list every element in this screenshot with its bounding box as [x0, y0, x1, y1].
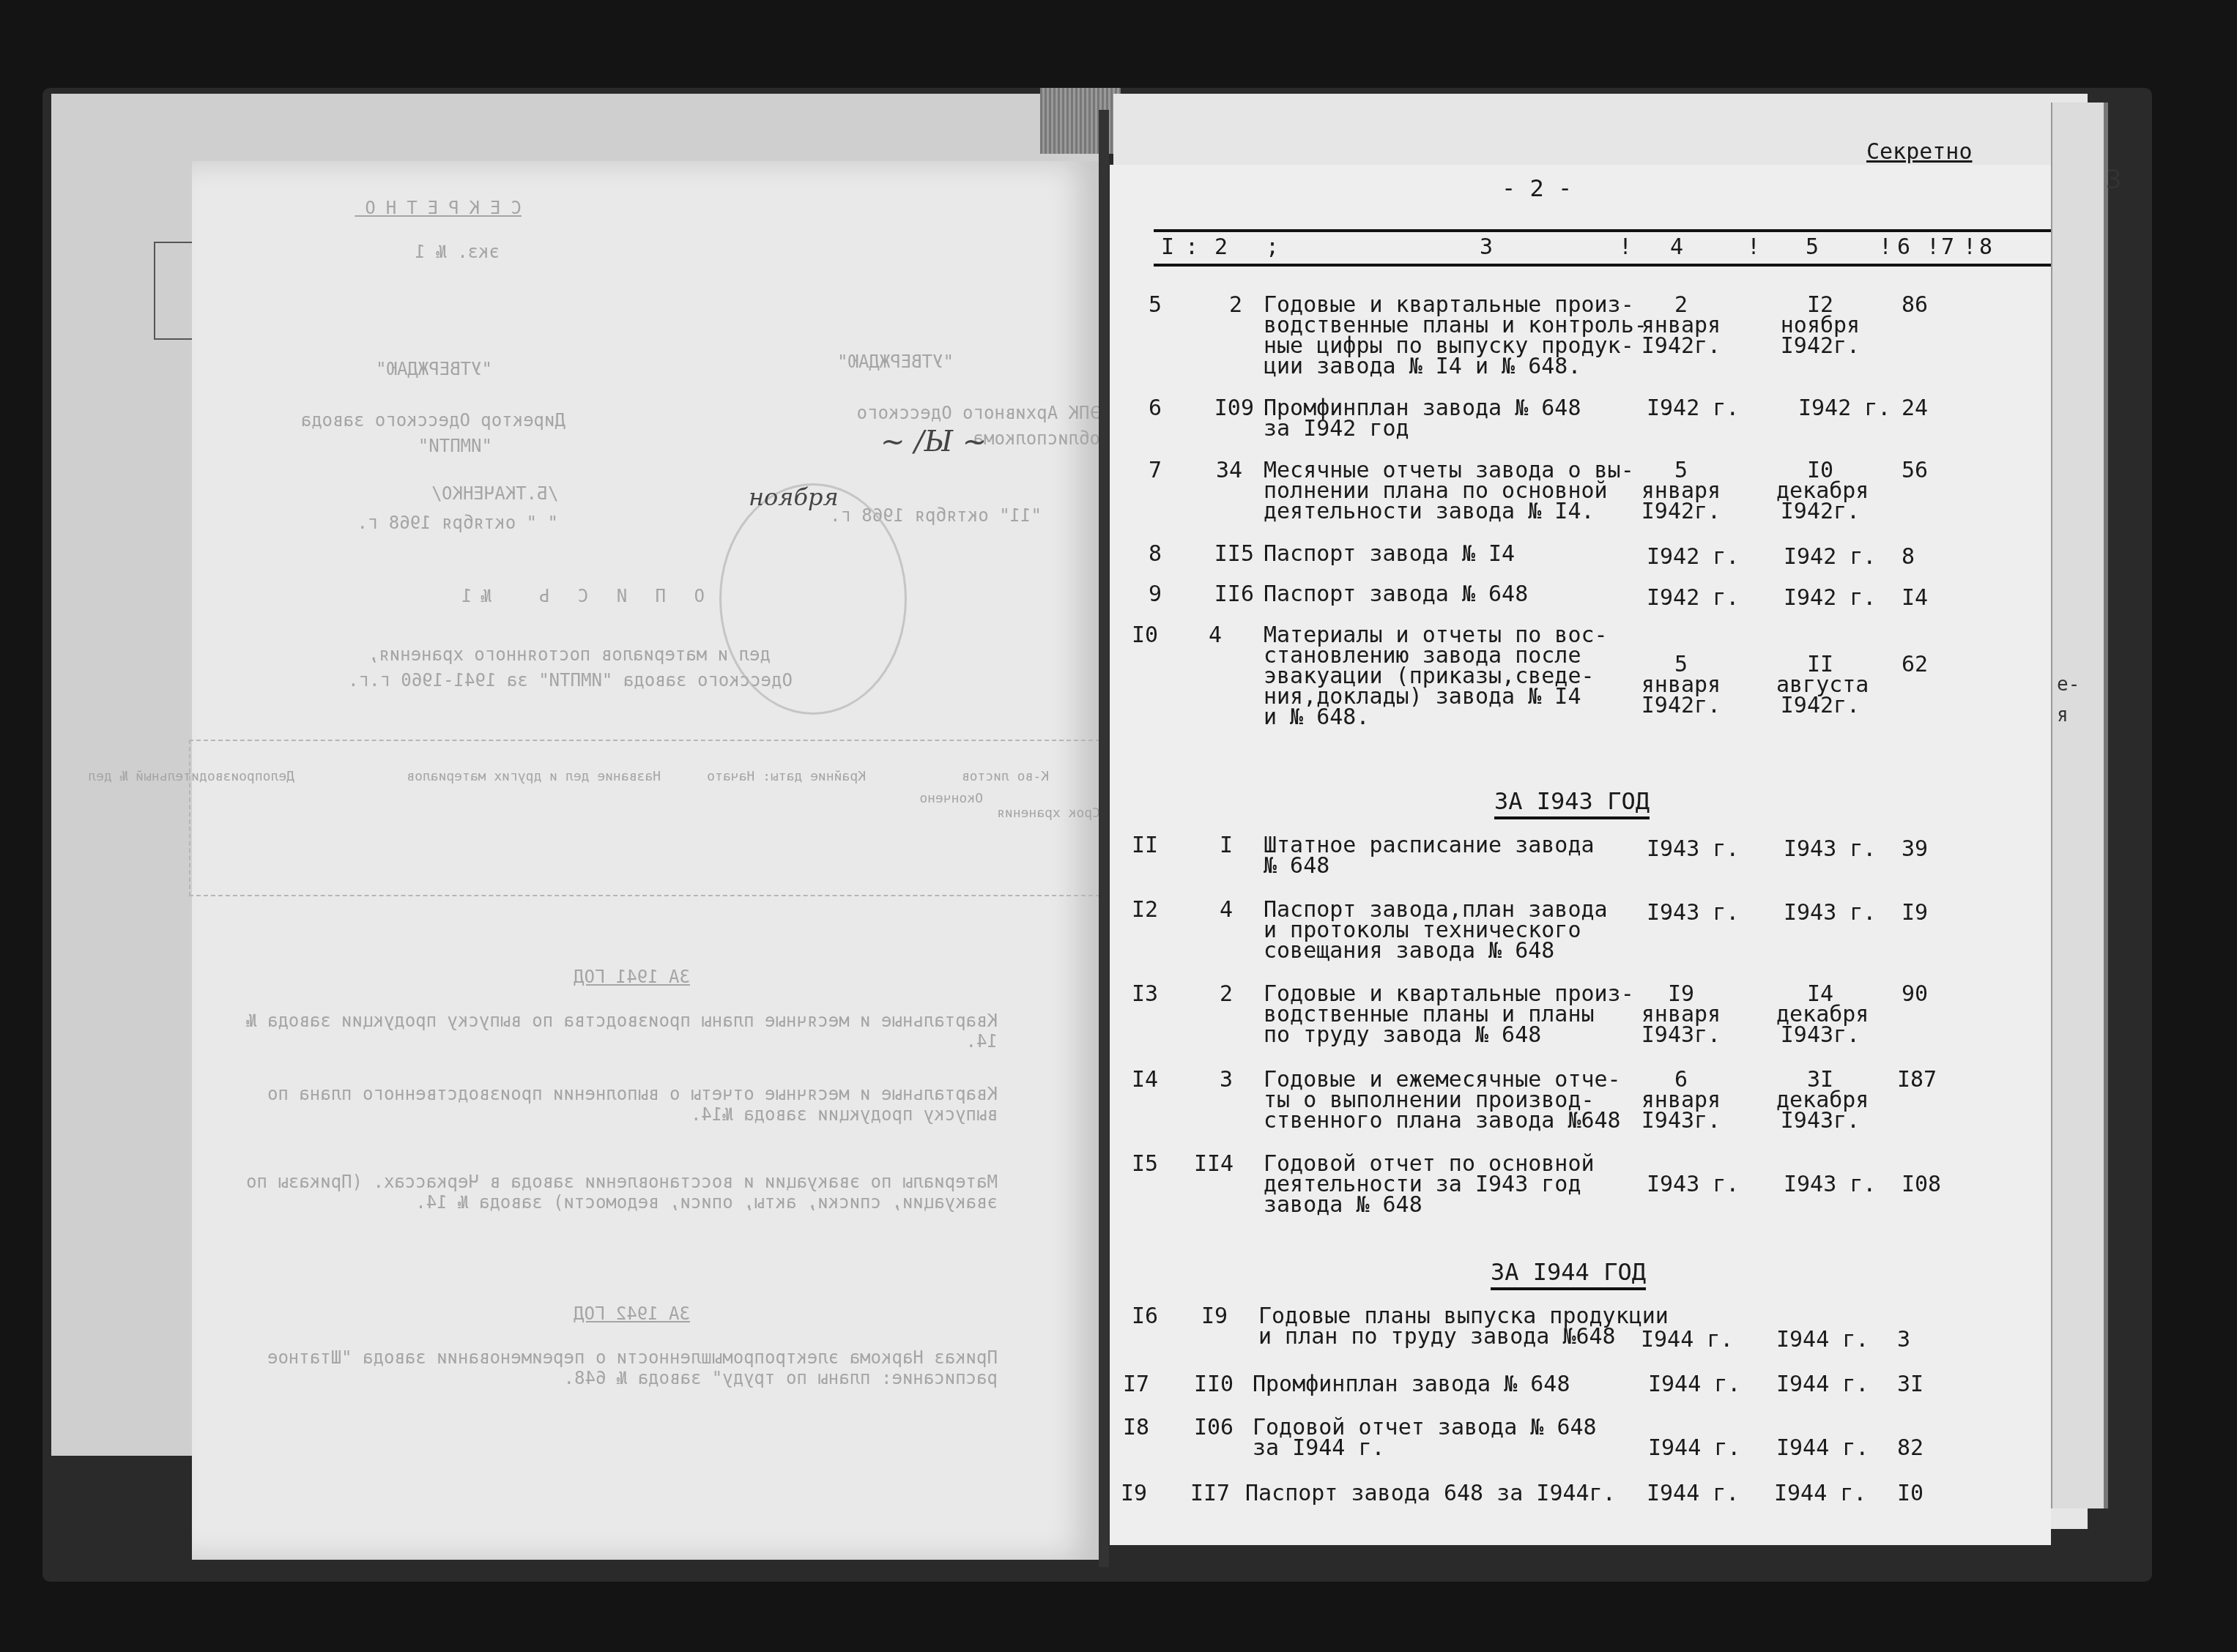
- ghost-subtitle1: дел и материалов постоянного хранения,: [368, 644, 771, 665]
- ghost-signer: /Б.ТКАЧЕНКО/: [431, 483, 558, 504]
- description-line: ции завода № I4 и № 648.: [1264, 356, 1581, 378]
- row-number: II: [1132, 835, 1158, 857]
- end-year: I942г.: [1776, 695, 1864, 717]
- row-number: I9: [1121, 1483, 1147, 1505]
- start-date: I943 г.: [1647, 838, 1739, 860]
- start-year: I942г.: [1637, 695, 1725, 717]
- ghost-approved-right: "УТВЕРЖДАЮ": [837, 351, 954, 372]
- ghost-row-1942-1: Приказ Наркома электропромышленности о п…: [229, 1347, 998, 1388]
- ghost-subtitle2: Одесского завода "ИМПТИ" за 1941-1960 г.…: [348, 670, 793, 691]
- ghost-date-left: " " октября 1968 г.: [357, 513, 558, 533]
- sheet-count: 90: [1902, 983, 1928, 1005]
- start-year: I943г.: [1637, 1024, 1725, 1046]
- section-heading-1944: ЗА I944 ГОД: [1491, 1258, 1646, 1290]
- start-date: I944 г.: [1648, 1374, 1740, 1396]
- col-header-4: 4: [1670, 237, 1683, 258]
- corner-page-mark: 3: [2106, 165, 2122, 195]
- ghost-title: О П И С Ь №1: [453, 586, 705, 606]
- sheet-count: 86: [1902, 294, 1928, 316]
- ghost-approved-right-line1: ЭПК Архивного Одесского: [857, 403, 1100, 423]
- description-line: Паспорт завода № 648: [1264, 584, 1528, 606]
- col-sep: !: [1619, 237, 1632, 258]
- ghost-approved-left-line1: Директор Одесского завода: [301, 410, 565, 431]
- header-rule-top: [1154, 229, 2051, 232]
- row-number: I2: [1132, 899, 1158, 921]
- ghost-approved-left: "УТВЕРЖДАЮ": [376, 359, 492, 379]
- start-date: I944 г.: [1648, 1437, 1740, 1459]
- case-number: 2: [1220, 983, 1233, 1005]
- description-line: деятельности завода № I4.: [1264, 501, 1595, 523]
- description-line: и план по труду завода №648: [1258, 1326, 1616, 1348]
- ghost-col-2: Делопроизводительный № дел: [88, 769, 294, 784]
- start-date: I942 г.: [1647, 587, 1739, 609]
- case-number: I06: [1194, 1417, 1233, 1439]
- row-number: I4: [1132, 1069, 1158, 1091]
- case-number: 3: [1220, 1069, 1233, 1091]
- col-header-3: 3: [1480, 237, 1493, 258]
- case-number: I09: [1201, 398, 1254, 420]
- case-number: II7: [1190, 1483, 1230, 1505]
- start-date: I943 г.: [1647, 1174, 1739, 1196]
- edge-fragment-1: е-: [2057, 674, 2080, 696]
- sheet-count: 3: [1897, 1329, 1910, 1351]
- case-number: I9: [1201, 1306, 1228, 1328]
- col-sep: !: [1963, 237, 1976, 258]
- case-number: 4: [1209, 625, 1222, 647]
- handwritten-signature: ~ /Ы ~: [880, 425, 987, 458]
- end-year: I943г.: [1776, 1110, 1864, 1132]
- row-number: 7: [1149, 460, 1162, 482]
- sheet-count: I4: [1902, 587, 1928, 609]
- row-number: I6: [1132, 1306, 1158, 1328]
- description-line: по труду завода № 648: [1264, 1024, 1541, 1046]
- ghost-classification: СЕКРЕТНО: [355, 198, 522, 218]
- classification-label: Секретно: [1866, 139, 1973, 165]
- col-header-2: 2: [1214, 237, 1228, 258]
- description-line: ственного плана завода №648: [1264, 1110, 1621, 1132]
- start-date: I943 г.: [1647, 902, 1739, 924]
- description-line: и № 648.: [1264, 707, 1370, 729]
- row-number: I8: [1123, 1417, 1149, 1439]
- end-year: I943г.: [1776, 1024, 1864, 1046]
- col-sep: !: [1747, 237, 1760, 258]
- row-number: I3: [1132, 983, 1158, 1005]
- end-date: I944 г.: [1776, 1374, 1869, 1396]
- case-number: II4: [1194, 1153, 1233, 1175]
- start-year: I943г.: [1637, 1110, 1725, 1132]
- ghost-col-4: Крайние даты: Начато: [707, 769, 866, 784]
- end-date: I944 г.: [1776, 1437, 1869, 1459]
- row-number: 6: [1149, 398, 1162, 420]
- page-number: - 2 -: [1502, 174, 1572, 202]
- description-line: Промфинплан завода № 648: [1253, 1374, 1570, 1396]
- row-number: I5: [1132, 1153, 1158, 1175]
- ghost-section-1942: ЗА 1942 ГОД: [574, 1303, 690, 1324]
- sheet-count: I08: [1902, 1174, 1941, 1196]
- sheet-count: 62: [1902, 654, 1928, 676]
- ghost-table-header: [189, 740, 1100, 896]
- col-header-5: 5: [1806, 237, 1819, 258]
- ghost-approved-right-line2: облисполкома: [973, 428, 1100, 449]
- sheet-count: 56: [1902, 460, 1928, 482]
- end-date: I944 г.: [1776, 1329, 1869, 1351]
- case-number: 34: [1201, 460, 1242, 482]
- sheet-count: 3I: [1897, 1374, 1923, 1396]
- start-year: I942г.: [1637, 335, 1725, 357]
- mirrored-bleed-through: СЕКРЕТНО экз. № 1 "УТВЕРЖДАЮ" Директор О…: [192, 161, 1100, 1560]
- round-stamp: [719, 483, 907, 715]
- description-line: завода № 648: [1264, 1194, 1422, 1216]
- sheet-count: 39: [1902, 838, 1928, 860]
- description-line: за I944 г.: [1253, 1437, 1385, 1459]
- sheet-count: I0: [1897, 1483, 1923, 1505]
- edge-fragment-2: я: [2057, 704, 2069, 726]
- book-gutter: [1099, 110, 1109, 1567]
- end-date: I942 г.: [1784, 546, 1876, 568]
- sheet-count: I9: [1902, 902, 1928, 924]
- ghost-col-3: Название дел и других материалов: [407, 769, 661, 784]
- col-header-1: I: [1161, 237, 1174, 258]
- end-date: I942 г.: [1784, 587, 1876, 609]
- ghost-col-5: Окончено: [919, 791, 983, 806]
- end-date: I943 г.: [1784, 1174, 1876, 1196]
- row-number: 9: [1149, 584, 1162, 606]
- case-number: I: [1220, 835, 1233, 857]
- case-number: 4: [1220, 899, 1233, 921]
- case-number: II5: [1201, 543, 1254, 565]
- ghost-approved-left-line2: "ИМПТИ": [418, 436, 492, 456]
- col-sep: !: [1879, 237, 1892, 258]
- case-number: II6: [1201, 584, 1254, 606]
- end-date: I944 г.: [1774, 1483, 1866, 1505]
- row-number: I7: [1123, 1374, 1149, 1396]
- row-number: 8: [1149, 543, 1162, 565]
- start-date: I942 г.: [1647, 398, 1739, 420]
- left-page: СЕКРЕТНО экз. № 1 "УТВЕРЖДАЮ" Директор О…: [192, 161, 1100, 1560]
- case-number: 2: [1201, 294, 1242, 316]
- col-header-6: 6: [1897, 237, 1910, 258]
- col-sep: ;: [1266, 237, 1279, 258]
- start-date: I944 г.: [1641, 1329, 1733, 1351]
- row-number: I0: [1132, 625, 1158, 647]
- end-year: I942г.: [1776, 335, 1864, 357]
- sheet-count: 8: [1902, 546, 1915, 568]
- ghost-row-1: Квартальные и месячные планы производств…: [229, 1011, 998, 1052]
- col-header-7: 7: [1941, 237, 1954, 258]
- col-header-8: 8: [1979, 237, 1992, 258]
- handwritten-date-mark: ноября: [749, 483, 839, 511]
- case-number: II0: [1194, 1374, 1233, 1396]
- section-heading-1943: ЗА I943 ГОД: [1494, 787, 1650, 819]
- start-year: I942г.: [1637, 501, 1725, 523]
- end-date: I943 г.: [1784, 902, 1876, 924]
- end-date: I943 г.: [1784, 838, 1876, 860]
- end-year: I942г.: [1776, 501, 1864, 523]
- sheet-count: 82: [1897, 1437, 1923, 1459]
- ghost-col-7: Срок хранения: [997, 805, 1100, 821]
- end-date: I942 г.: [1798, 398, 1891, 420]
- ghost-row-3: Материалы по эвакуации и восстановлении …: [229, 1172, 998, 1213]
- start-date: I944 г.: [1647, 1483, 1739, 1505]
- sheet-count: I87: [1897, 1069, 1937, 1091]
- ghost-section-1941: ЗА 1941 ГОД: [574, 967, 690, 987]
- ghost-col-6: К-во листов: [962, 769, 1049, 784]
- ghost-row-2: Квартальные и месячные отчеты о выполнен…: [229, 1084, 998, 1125]
- description-line: за I942 год: [1264, 418, 1409, 440]
- col-sep: !: [1926, 237, 1940, 258]
- col-sep: :: [1185, 237, 1198, 258]
- description-line: № 648: [1264, 855, 1329, 877]
- description-line: Паспорт завода № I4: [1264, 543, 1515, 565]
- description-line: совещания завода № 648: [1264, 940, 1554, 962]
- start-date: I942 г.: [1647, 546, 1739, 568]
- description-line: Паспорт завода 648 за I944г.: [1245, 1483, 1616, 1505]
- row-number: 5: [1149, 294, 1162, 316]
- sheet-count: 24: [1902, 398, 1928, 420]
- header-rule-bottom: [1154, 264, 2051, 267]
- ghost-copy: экз. № 1: [415, 242, 500, 262]
- page-edges: [2051, 103, 2108, 1508]
